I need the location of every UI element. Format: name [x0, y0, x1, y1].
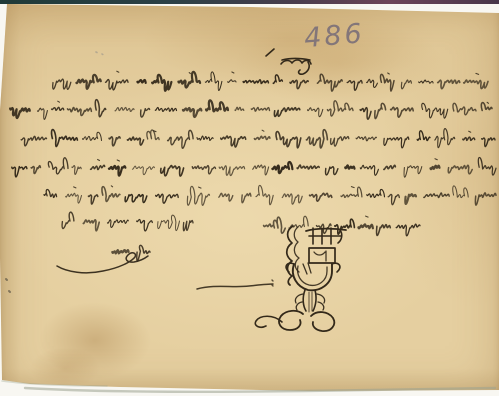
ink-layer: 486 [0, 0, 499, 396]
text-line-1 [53, 71, 488, 91]
heading-abbreviation-mark [266, 49, 311, 74]
text-line-4 [12, 158, 496, 178]
signature-swash [57, 253, 148, 273]
calligraphic-seal [197, 226, 346, 331]
catalog-number: 486 [303, 18, 366, 54]
scan-artifacts [2, 52, 495, 392]
scanned-document: 486 [0, 0, 499, 396]
text-line-5 [44, 185, 496, 205]
addendum-line [62, 212, 193, 231]
text-line-3 [21, 129, 495, 149]
text-line-2 [10, 100, 492, 120]
